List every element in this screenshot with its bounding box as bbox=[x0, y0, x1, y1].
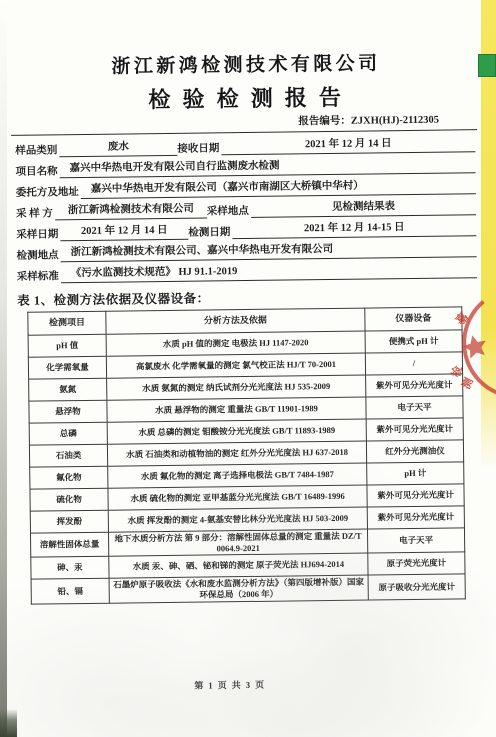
seal-icon: 嘉 检 测 bbox=[446, 300, 496, 410]
seal-char: 检 bbox=[448, 363, 464, 378]
table-cell: 总磷 bbox=[29, 422, 107, 445]
table-cell: 砷、汞 bbox=[31, 556, 109, 579]
report-number-value: ZJXH(HJ)-2112305 bbox=[351, 115, 439, 127]
field-label: 检测日期 bbox=[188, 224, 232, 240]
field-label: 样品类别 bbox=[15, 142, 59, 158]
fields-section: 样品类别 废水 接收日期 2021 年 12 月 14 日 项目名称 嘉兴中华热… bbox=[15, 131, 477, 284]
company-name: 浙江新鸿检测技术有限公司 bbox=[14, 47, 474, 80]
field-label: 采样标准 bbox=[17, 268, 61, 284]
table-cell: 氟化物 bbox=[30, 466, 108, 489]
table-cell: 红外分光测油仪 bbox=[366, 440, 463, 463]
table-cell: 水质 石油类和动植物油的测定 红外分光光度法 HJ 637-2018 bbox=[107, 441, 366, 466]
table-cell: 水质 硫化物的测定 亚甲基蓝分光光度法 GB/T 16489-1996 bbox=[108, 485, 367, 510]
field-value: 见检测结果表 bbox=[251, 198, 476, 218]
corner-shadow bbox=[0, 709, 17, 737]
table1-heading: 表 1、检测方法依据及仪器设备： bbox=[17, 285, 477, 309]
table-cell: 石油类 bbox=[29, 444, 107, 467]
table-cell: 紫外可见分光光度计 bbox=[367, 506, 464, 529]
methods-table: 检测项目 分析方法及依据 仪器设备 pH 值水质 pH 值的测定 电极法 HJ … bbox=[27, 306, 466, 604]
binding-shadow bbox=[0, 0, 7, 737]
field-value: 2021 年 12 月 14-15 日 bbox=[232, 219, 476, 239]
table-cell: 紫外可见分光光度计 bbox=[367, 484, 464, 507]
field-label: 检测地点 bbox=[17, 247, 61, 263]
table-cell: 原子吸收分光光度计 bbox=[368, 574, 465, 599]
table-cell: 原子荧光光度计 bbox=[368, 552, 465, 575]
table-cell: 水质 总磷的测定 钼酸铵分光光度法 GB/T 11893-1989 bbox=[107, 419, 366, 444]
table-cell: 溶解性固体总量 bbox=[30, 532, 108, 557]
table-cell: 地下水质分析方法 第 9 部分：溶解性固体总量的测定 重量法 DZ/T 0064… bbox=[108, 529, 367, 556]
official-seal-stamp: 嘉 检 测 bbox=[446, 300, 496, 410]
report-number-label: 报告编号： bbox=[298, 116, 351, 128]
table-cell: 高氯废水 化学需氧量的测定 氯气校正法 HJ/T 70-2001 bbox=[106, 353, 365, 378]
table-row: 铅、镉石墨炉原子吸收法《水和废水监测分析方法》（第四版增补版）国家环保总局（20… bbox=[31, 574, 465, 604]
field-value: 《污水监测技术规范》 HJ 91.1-2019 bbox=[61, 261, 477, 283]
table-cell: pH 计 bbox=[367, 462, 464, 485]
table-cell: pH 值 bbox=[28, 334, 106, 357]
col-header-method: 分析方法及依据 bbox=[106, 308, 365, 334]
table-cell: 水质 pH 值的测定 电极法 HJ 1147-2020 bbox=[106, 331, 365, 356]
field-label: 采样日期 bbox=[16, 226, 60, 242]
green-index-tab bbox=[478, 54, 496, 77]
table-cell: 电子天平 bbox=[367, 528, 464, 553]
field-value: 2021 年 12 月 14 日 bbox=[221, 135, 475, 155]
table-cell: 化学需氧量 bbox=[28, 356, 106, 379]
table-cell: 石墨炉原子吸收法《水和废水监测分析方法》（第四版增补版）国家环保总局（2006 … bbox=[109, 575, 368, 602]
field-label: 采 样 方 bbox=[16, 205, 55, 220]
table-cell: 水质 氨氮的测定 纳氏试剂分光光度法 HJ 535-2009 bbox=[107, 375, 366, 400]
field-label: 采样地点 bbox=[207, 203, 251, 219]
field-value: 废水 bbox=[59, 139, 177, 157]
field-value: 浙江新鸿检测技术有限公司 bbox=[55, 201, 207, 220]
table-cell: 挥发酚 bbox=[30, 510, 108, 533]
field-label: 项目名称 bbox=[15, 163, 59, 179]
table-cell: 紫外可见分光光度计 bbox=[366, 418, 463, 441]
table-cell: 悬浮物 bbox=[29, 400, 107, 423]
table-cell: 水质 氟化物的测定 离子选择电极法 GB/T 7484-1987 bbox=[108, 463, 367, 488]
report-title: 检验检测报告 bbox=[15, 79, 475, 116]
table-cell: 硫化物 bbox=[30, 488, 108, 511]
table-cell: 水质 悬浮物的测定 重量法 GB/T 11901-1989 bbox=[107, 397, 366, 422]
page-footer: 第 1 页 共 3 页 bbox=[0, 675, 460, 694]
field-value: 2021 年 12 月 14 日 bbox=[60, 223, 188, 242]
table-cell: 水质 挥发酚的测定 4-氨基安替比林分光光度法 HJ 503-2009 bbox=[108, 507, 367, 532]
col-header-item: 检测项目 bbox=[28, 311, 106, 335]
report-page: 浙江新鸿检测技术有限公司 检验检测报告 报告编号：ZJXH(HJ)-211230… bbox=[0, 0, 496, 737]
table-cell: 水质 汞、砷、硒、铋和锑的测定 原子荧光法 HJ694-2014 bbox=[109, 553, 368, 578]
field-label: 委托方及地址 bbox=[16, 184, 81, 200]
field-label: 接收日期 bbox=[177, 140, 221, 156]
table-cell: 氨氮 bbox=[29, 378, 107, 401]
table-cell: 铅、镉 bbox=[31, 578, 109, 603]
